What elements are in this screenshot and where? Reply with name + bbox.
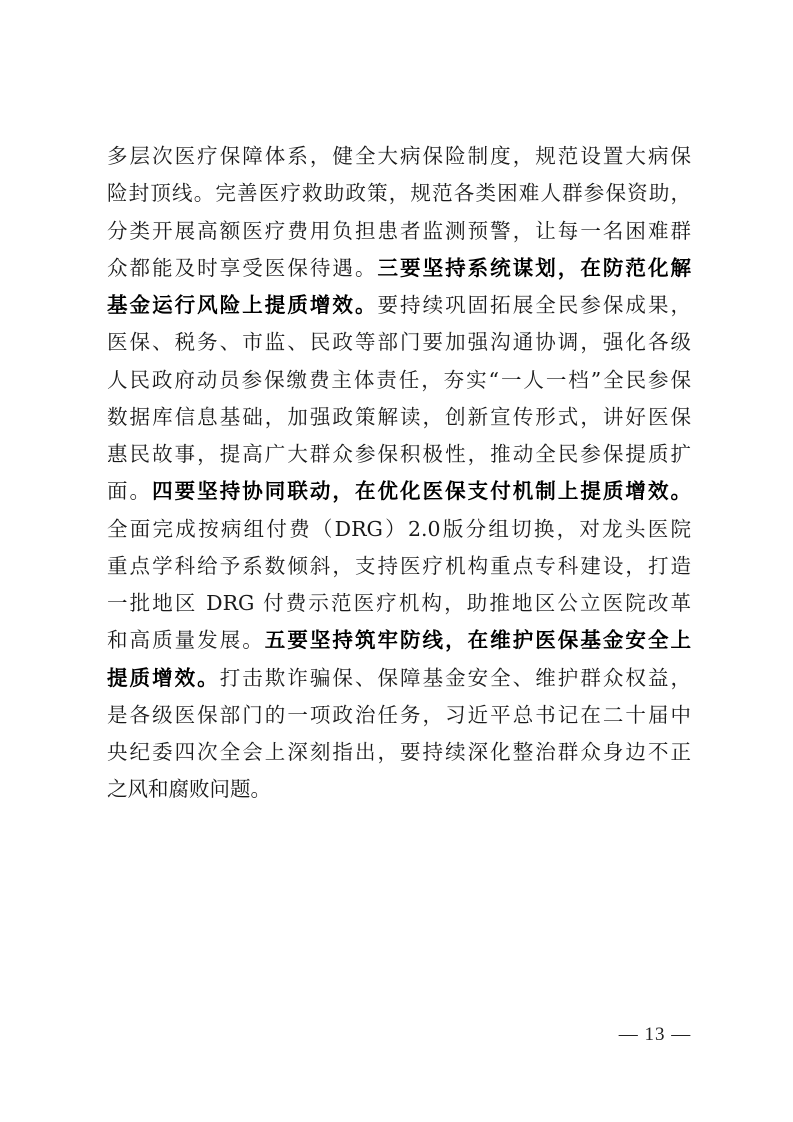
- text-segment: 多层次医疗保障体系，健全大病保险制度，规范设置大病保: [107, 144, 691, 168]
- bold-heading-segment: 五要坚持筑牢防线，在维护医保基金安全上: [265, 628, 691, 652]
- text-segment: 面。: [107, 479, 152, 503]
- text-segment: 和高质量发展。: [107, 628, 265, 652]
- text-segment: 惠民故事，提高广大群众参保积极性，推动全民参保提质扩: [107, 442, 691, 466]
- text-segment: 分类开展高额医疗费用负担患者监测预警，让每一名困难群: [107, 219, 691, 243]
- text-line: 分类开展高额医疗费用负担患者监测预警，让每一名困难群: [107, 213, 691, 250]
- text-line: 提质增效。打击欺诈骗保、保障基金安全、维护群众权益，: [107, 660, 691, 697]
- text-line: 面。四要坚持协同联动，在优化医保支付机制上提质增效。: [107, 473, 691, 510]
- bold-heading-segment: 三要坚持系统谋划，在防范化解: [377, 256, 691, 280]
- text-line: 险封顶线。完善医疗救助政策，规范各类困难人群参保资助，: [107, 175, 691, 212]
- page-number: — 13 —: [610, 1024, 700, 1046]
- text-segment: 要持续巩固拓展全民参保成果，: [377, 293, 691, 317]
- bold-heading-segment: 提质增效。: [107, 666, 220, 690]
- text-segment: 重点学科给予系数倾斜，支持医疗机构重点专科建设，打造: [107, 554, 691, 578]
- text-line: 数据库信息基础，加强政策解读，创新宣传形式，讲好医保: [107, 399, 691, 436]
- text-line: 央纪委四次全会上深刻指出，要持续深化整治群众身边不正: [107, 734, 691, 771]
- bold-heading-segment: 四要坚持协同联动，在优化医保支付机制上提质增效。: [152, 479, 691, 503]
- text-line: 人民政府动员参保缴费主体责任，夯实“一人一档”全民参保: [107, 362, 691, 399]
- text-segment: 之风和腐败问题。: [107, 777, 271, 801]
- text-segment: 险封顶线。完善医疗救助政策，规范各类困难人群参保资助，: [107, 181, 691, 205]
- text-line: 众都能及时享受医保待遇。三要坚持系统谋划，在防范化解: [107, 250, 691, 287]
- text-segment: 打击欺诈骗保、保障基金安全、维护群众权益，: [220, 666, 691, 690]
- text-segment: 数据库信息基础，加强政策解读，创新宣传形式，讲好医保: [107, 405, 691, 429]
- text-line: 全面完成按病组付费（DRG）2.0版分组切换，对龙头医院: [107, 511, 691, 548]
- text-segment: 央纪委四次全会上深刻指出，要持续深化整治群众身边不正: [107, 740, 691, 764]
- document-page: 多层次医疗保障体系，健全大病保险制度，规范设置大病保 险封顶线。完善医疗救助政策…: [0, 0, 793, 1122]
- text-segment: 一批地区 DRG 付费示范医疗机构，助推地区公立医院改革: [107, 591, 691, 615]
- text-line: 之风和腐败问题。: [107, 771, 691, 808]
- text-line: 基金运行风险上提质增效。要持续巩固拓展全民参保成果，: [107, 287, 691, 324]
- text-line: 多层次医疗保障体系，健全大病保险制度，规范设置大病保: [107, 138, 691, 175]
- text-segment: 人民政府动员参保缴费主体责任，夯实“一人一档”全民参保: [107, 368, 691, 392]
- text-segment: 医保、税务、市监、民政等部门要加强沟通协调，强化各级: [107, 330, 691, 354]
- text-segment: 是各级医保部门的一项政治任务，习近平总书记在二十届中: [107, 703, 691, 727]
- body-paragraph: 多层次医疗保障体系，健全大病保险制度，规范设置大病保 险封顶线。完善医疗救助政策…: [107, 138, 691, 809]
- text-line: 医保、税务、市监、民政等部门要加强沟通协调，强化各级: [107, 324, 691, 361]
- bold-heading-segment: 基金运行风险上提质增效。: [107, 293, 377, 317]
- text-line: 一批地区 DRG 付费示范医疗机构，助推地区公立医院改革: [107, 585, 691, 622]
- text-line: 惠民故事，提高广大群众参保积极性，推动全民参保提质扩: [107, 436, 691, 473]
- text-segment: 众都能及时享受医保待遇。: [107, 256, 377, 280]
- text-line: 是各级医保部门的一项政治任务，习近平总书记在二十届中: [107, 697, 691, 734]
- text-segment: 全面完成按病组付费（DRG）2.0版分组切换，对龙头医院: [107, 517, 691, 541]
- text-line: 重点学科给予系数倾斜，支持医疗机构重点专科建设，打造: [107, 548, 691, 585]
- text-line: 和高质量发展。五要坚持筑牢防线，在维护医保基金安全上: [107, 622, 691, 659]
